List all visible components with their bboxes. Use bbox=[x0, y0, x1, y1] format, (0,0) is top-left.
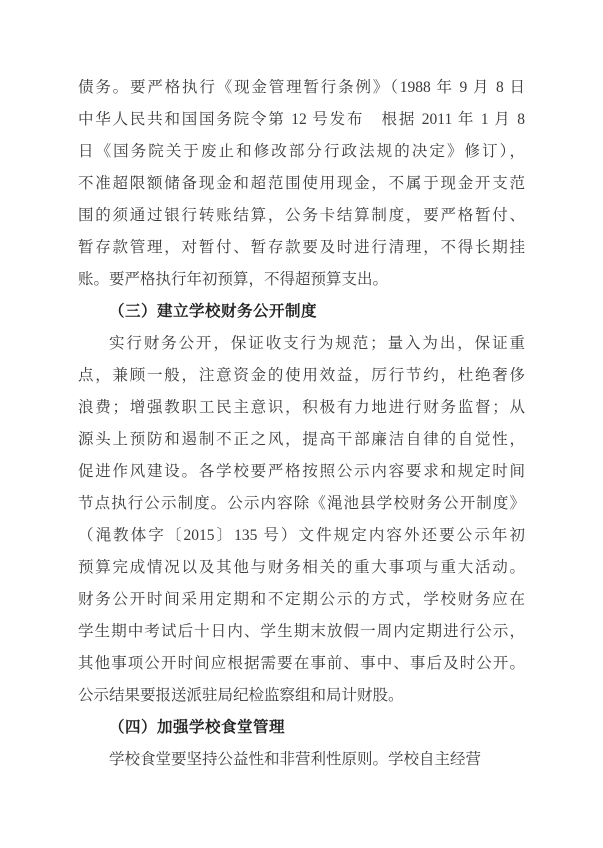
document-text-block: 债务。要严格执行《现金管理暂行条例》（1988 年 9 月 8 日中华人民共和国… bbox=[78, 72, 525, 776]
text-line: 公示结果要报送派驻局纪检监察组和局计财股。 bbox=[78, 680, 525, 712]
text-line: 源头上预防和遏制不正之风，提高干部廉洁自律的自觉性， bbox=[78, 424, 525, 456]
text-line: 促进作风建设。各学校要严格按照公示内容要求和规定时间 bbox=[78, 456, 525, 488]
text-line: 浪费；增强教职工民主意识，积极有力地进行财务监督；从 bbox=[78, 392, 525, 424]
text-line: 暂存款管理，对暂付、暂存款要及时进行清理，不得长期挂 bbox=[78, 232, 525, 264]
text-line: 中华人民共和国国务院令第 12 号发布 根据 2011 年 1 月 8 bbox=[78, 104, 525, 136]
section-heading: （四）加强学校食堂管理 bbox=[78, 712, 525, 744]
document-page: 债务。要严格执行《现金管理暂行条例》（1988 年 9 月 8 日中华人民共和国… bbox=[0, 0, 603, 848]
text-line: 其他事项公开时间应根据需要在事前、事中、事后及时公开。 bbox=[78, 648, 525, 680]
text-line: 学校食堂要坚持公益性和非营利性原则。学校自主经营 bbox=[78, 744, 525, 776]
text-line: （渑教体字〔2015〕135 号）文件规定内容外还要公示年初 bbox=[78, 520, 525, 552]
text-line: 不准超限额储备现金和超范围使用现金，不属于现金开支范 bbox=[78, 168, 525, 200]
section-heading: （三）建立学校财务公开制度 bbox=[78, 296, 525, 328]
text-line: 预算完成情况以及其他与财务相关的重大事项与重大活动。 bbox=[78, 552, 525, 584]
text-line: 日《国务院关于废止和修改部分行政法规的决定》修订）， bbox=[78, 136, 525, 168]
text-line: 节点执行公示制度。公示内容除《渑池县学校财务公开制度》 bbox=[78, 488, 525, 520]
text-line: 点，兼顾一般，注意资金的使用效益，厉行节约，杜绝奢侈 bbox=[78, 360, 525, 392]
text-line: 财务公开时间采用定期和不定期公示的方式，学校财务应在 bbox=[78, 584, 525, 616]
text-line: 账。要严格执行年初预算，不得超预算支出。 bbox=[78, 264, 525, 296]
text-line: 围的须通过银行转账结算，公务卡结算制度，要严格暂付、 bbox=[78, 200, 525, 232]
text-line: 实行财务公开，保证收支行为规范；量入为出，保证重 bbox=[78, 328, 525, 360]
text-line: 债务。要严格执行《现金管理暂行条例》（1988 年 9 月 8 日 bbox=[78, 72, 525, 104]
text-line: 学生期中考试后十日内、学生期末放假一周内定期进行公示， bbox=[78, 616, 525, 648]
